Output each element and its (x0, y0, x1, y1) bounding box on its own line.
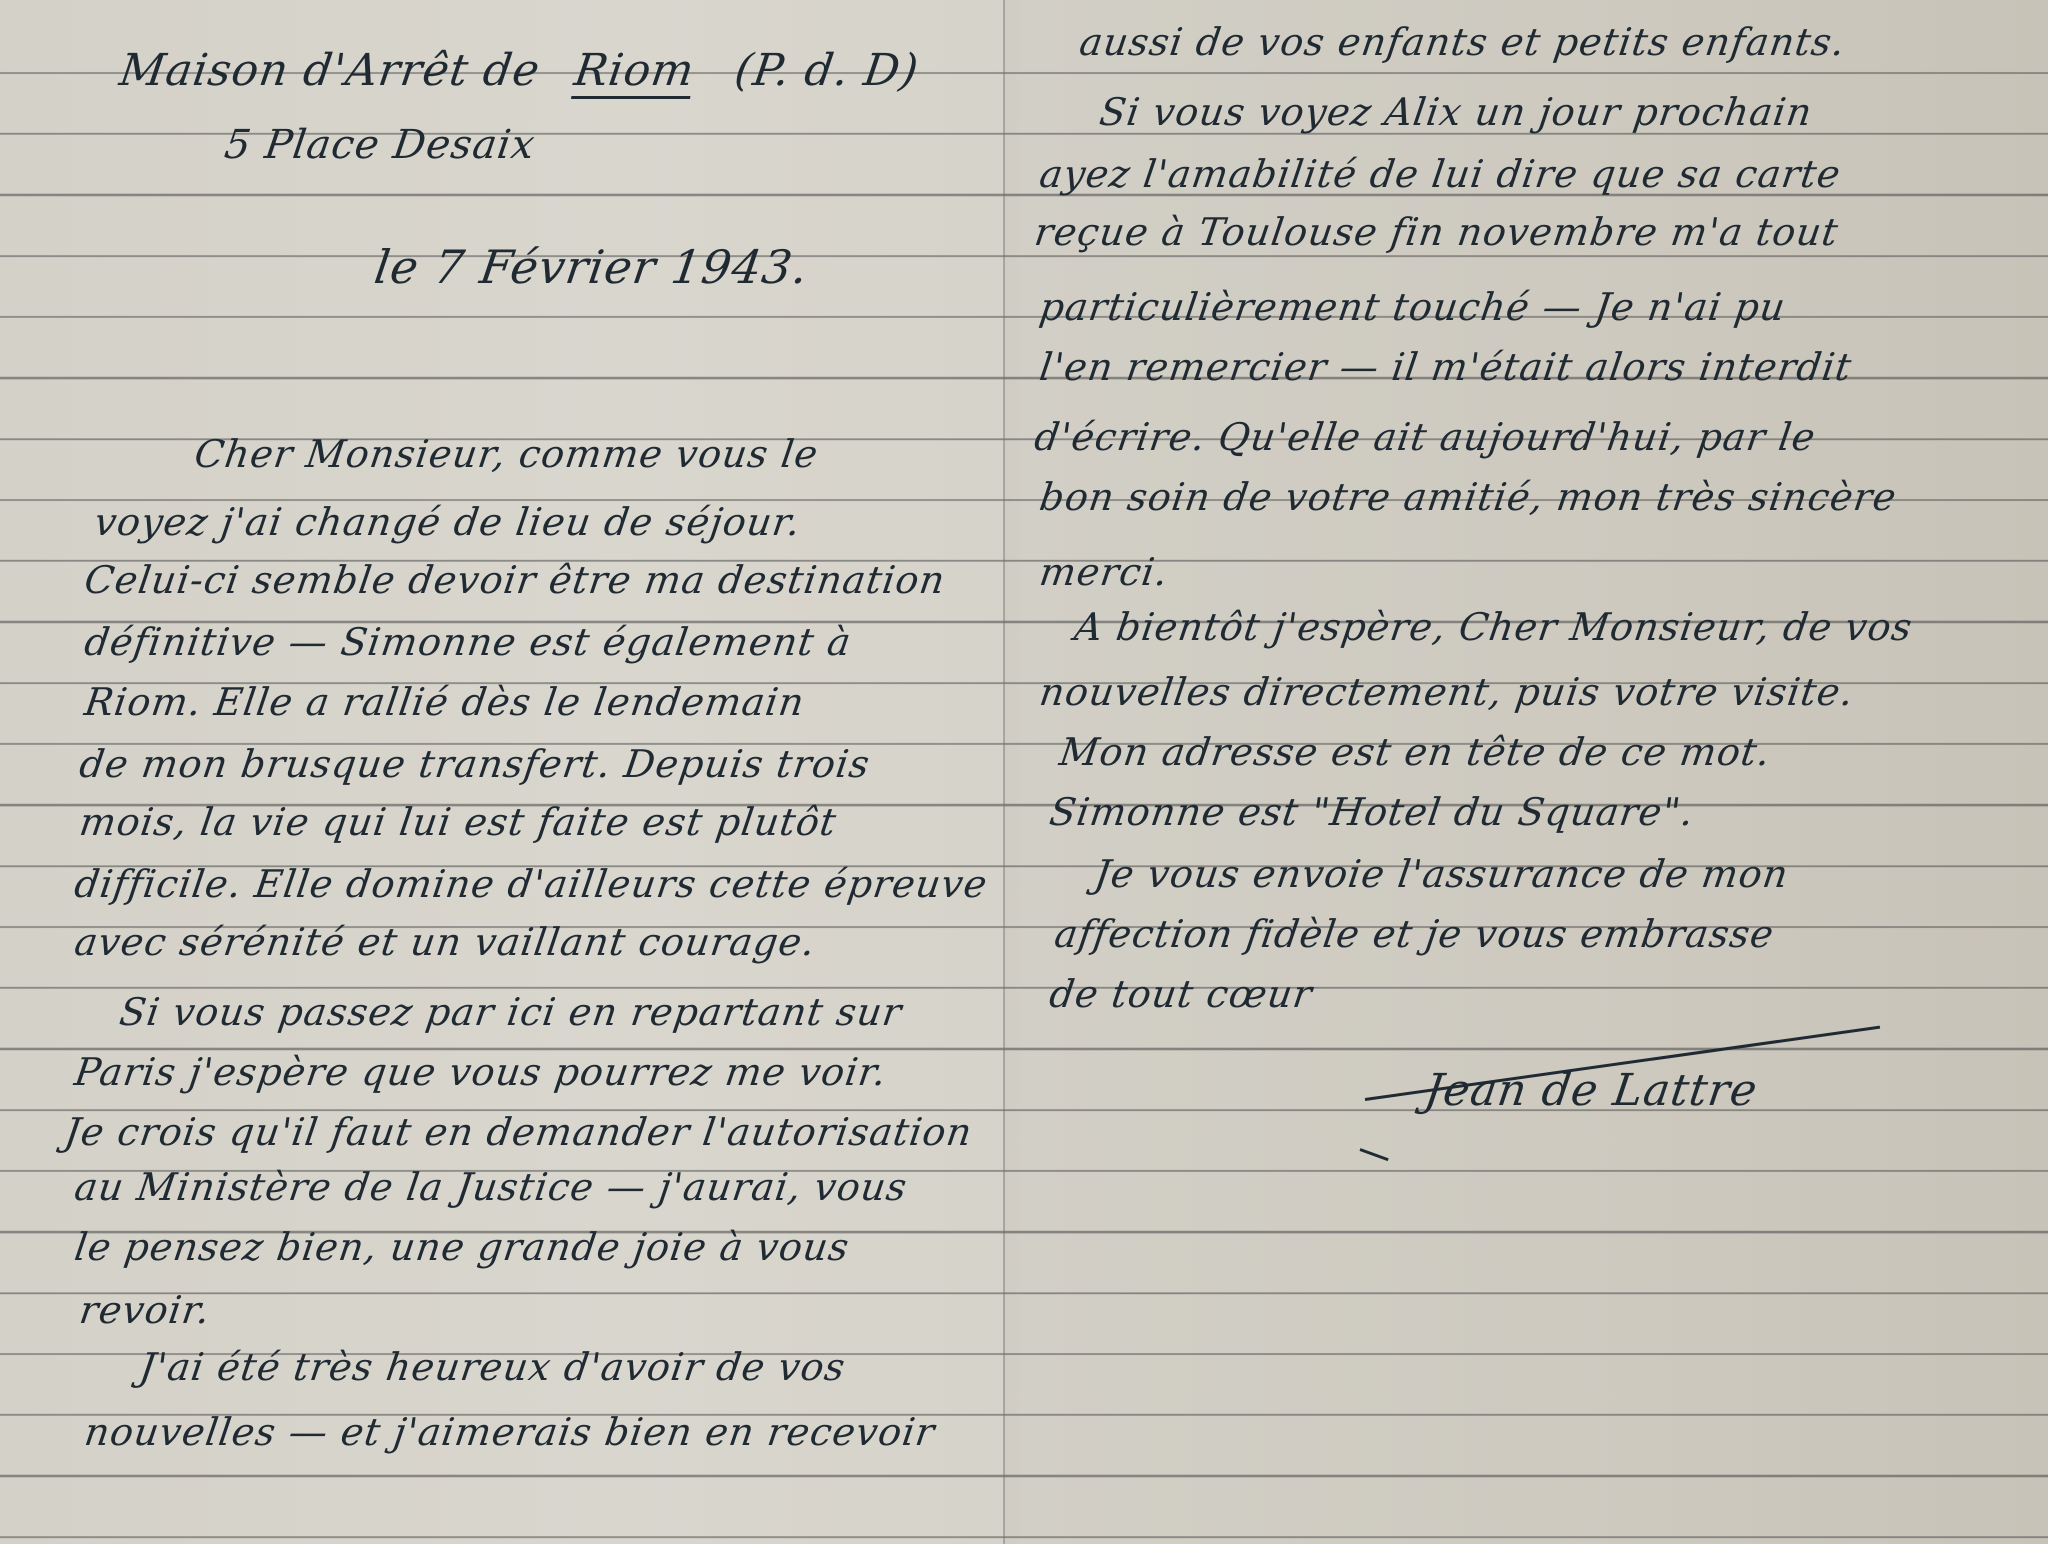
body-line: merci. (1037, 550, 1171, 594)
body-line: l'en remercier — il m'était alors interd… (1037, 345, 1855, 389)
body-line: Mon adresse est en tête de ce mot. (1057, 730, 1774, 774)
signature-hook (1359, 1148, 1388, 1161)
body-line: Je vous envoie l'assurance de mon (1092, 852, 1792, 896)
body-line: Riom. Elle a rallié dès le lendemain (82, 680, 808, 724)
right-page: aussi de vos enfants et petits enfants. … (1005, 0, 2048, 1544)
body-line: de mon brusque transfert. Depuis trois (77, 742, 873, 786)
signature: Jean de Lattre (1421, 1065, 1760, 1116)
letter-spread: Maison d'Arrêt de Riom (P. d. D) 5 Place… (0, 0, 2048, 1544)
body-line: définitive — Simonne est également à (82, 620, 854, 664)
body-line: J'ai été très heureux d'avoir de vos (137, 1345, 849, 1389)
left-page: Maison d'Arrêt de Riom (P. d. D) 5 Place… (0, 0, 1003, 1544)
body-line: reçue à Toulouse fin novembre m'a tout (1032, 210, 1841, 254)
body-line: mois, la vie qui lui est faite est plutô… (77, 800, 840, 844)
body-line: Je crois qu'il faut en demander l'autori… (62, 1110, 975, 1154)
body-line: Celui-ci semble devoir être ma destinati… (82, 558, 948, 602)
body-line: nouvelles directement, puis votre visite… (1037, 670, 1857, 714)
letter-date: le 7 Février 1943. (371, 240, 812, 294)
body-line: nouvelles — et j'aimerais bien en recevo… (82, 1410, 938, 1454)
body-line: affection fidèle et je vous embrasse (1052, 912, 1777, 956)
header-address: 5 Place Desaix (222, 122, 538, 168)
region-code: (P. d. D) (732, 45, 923, 96)
body-line: de tout cœur (1047, 972, 1316, 1016)
prison-name: Maison d'Arrêt de (116, 45, 543, 96)
body-line: Cher Monsieur, comme vous le (192, 432, 821, 476)
body-line: avec sérénité et un vaillant courage. (72, 920, 819, 964)
body-line: Si vous passez par ici en repartant sur (117, 990, 905, 1034)
body-line: au Ministère de la Justice — j'aurai, vo… (72, 1165, 910, 1209)
body-line: bon soin de votre amitié, mon très sincè… (1037, 475, 1900, 519)
header-line-1: Maison d'Arrêt de Riom (P. d. D) (116, 45, 922, 96)
body-line: Si vous voyez Alix un jour prochain (1097, 90, 1815, 134)
body-line: aussi de vos enfants et petits enfants. (1077, 20, 1848, 64)
body-line: voyez j'ai changé de lieu de séjour. (92, 500, 804, 544)
body-line: le pensez bien, une grande joie à vous (72, 1225, 852, 1269)
body-line: particulièrement touché — Je n'ai pu (1037, 285, 1789, 329)
body-line: ayez l'amabilité de lui dire que sa cart… (1037, 152, 1844, 196)
body-line: Simonne est "Hotel du Square". (1047, 790, 1697, 834)
body-line: difficile. Elle domine d'ailleurs cette … (72, 862, 991, 906)
body-line: d'écrire. Qu'elle ait aujourd'hui, par l… (1032, 415, 1819, 459)
place-riom: Riom (571, 45, 698, 99)
body-line: Paris j'espère que vous pourrez me voir. (72, 1050, 890, 1094)
body-line: revoir. (77, 1288, 213, 1332)
body-line: A bientôt j'espère, Cher Monsieur, de vo… (1072, 605, 1916, 649)
